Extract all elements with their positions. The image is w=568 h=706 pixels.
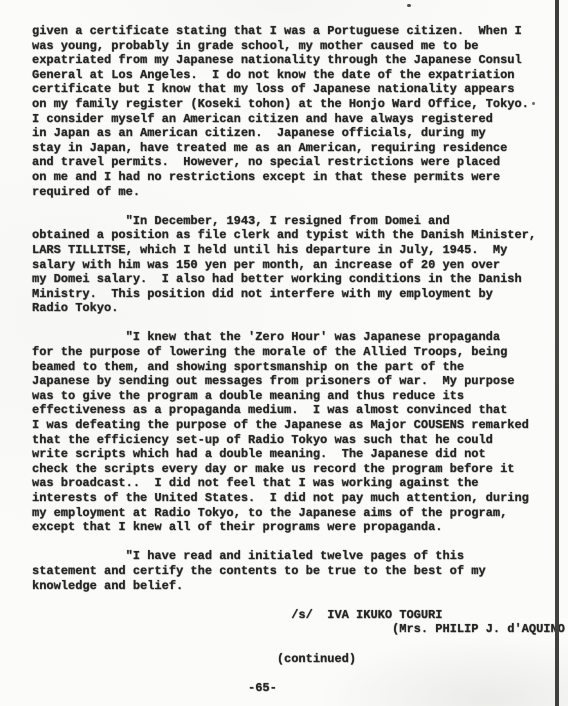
paragraph-certification: "I have read and initialed twelve pages … — [32, 549, 568, 593]
scan-speck — [532, 102, 535, 105]
page-number: -65- — [248, 681, 568, 696]
signature-name: /s/ IVA IKUKO TOGURI — [291, 608, 568, 623]
document-text: given a certificate stating that I was a… — [32, 24, 568, 695]
scan-speck — [407, 4, 411, 7]
paragraph-zero-hour: "I knew that the 'Zero Hour' was Japanes… — [32, 330, 568, 534]
signature-block: /s/ IVA IKUKO TOGURI (Mrs. PHILIP J. d'A… — [32, 608, 568, 637]
paragraph-domei-resignation: "In December, 1943, I resigned from Dome… — [32, 214, 568, 316]
signature-married-name: (Mrs. PHILIP J. d'AQUINO — [392, 622, 568, 637]
paragraph-citizenship: given a certificate stating that I was a… — [32, 24, 568, 199]
scan-edge-line — [555, 0, 559, 706]
continued-label: (continued) — [277, 652, 568, 667]
scanned-document-page: given a certificate stating that I was a… — [0, 0, 568, 706]
